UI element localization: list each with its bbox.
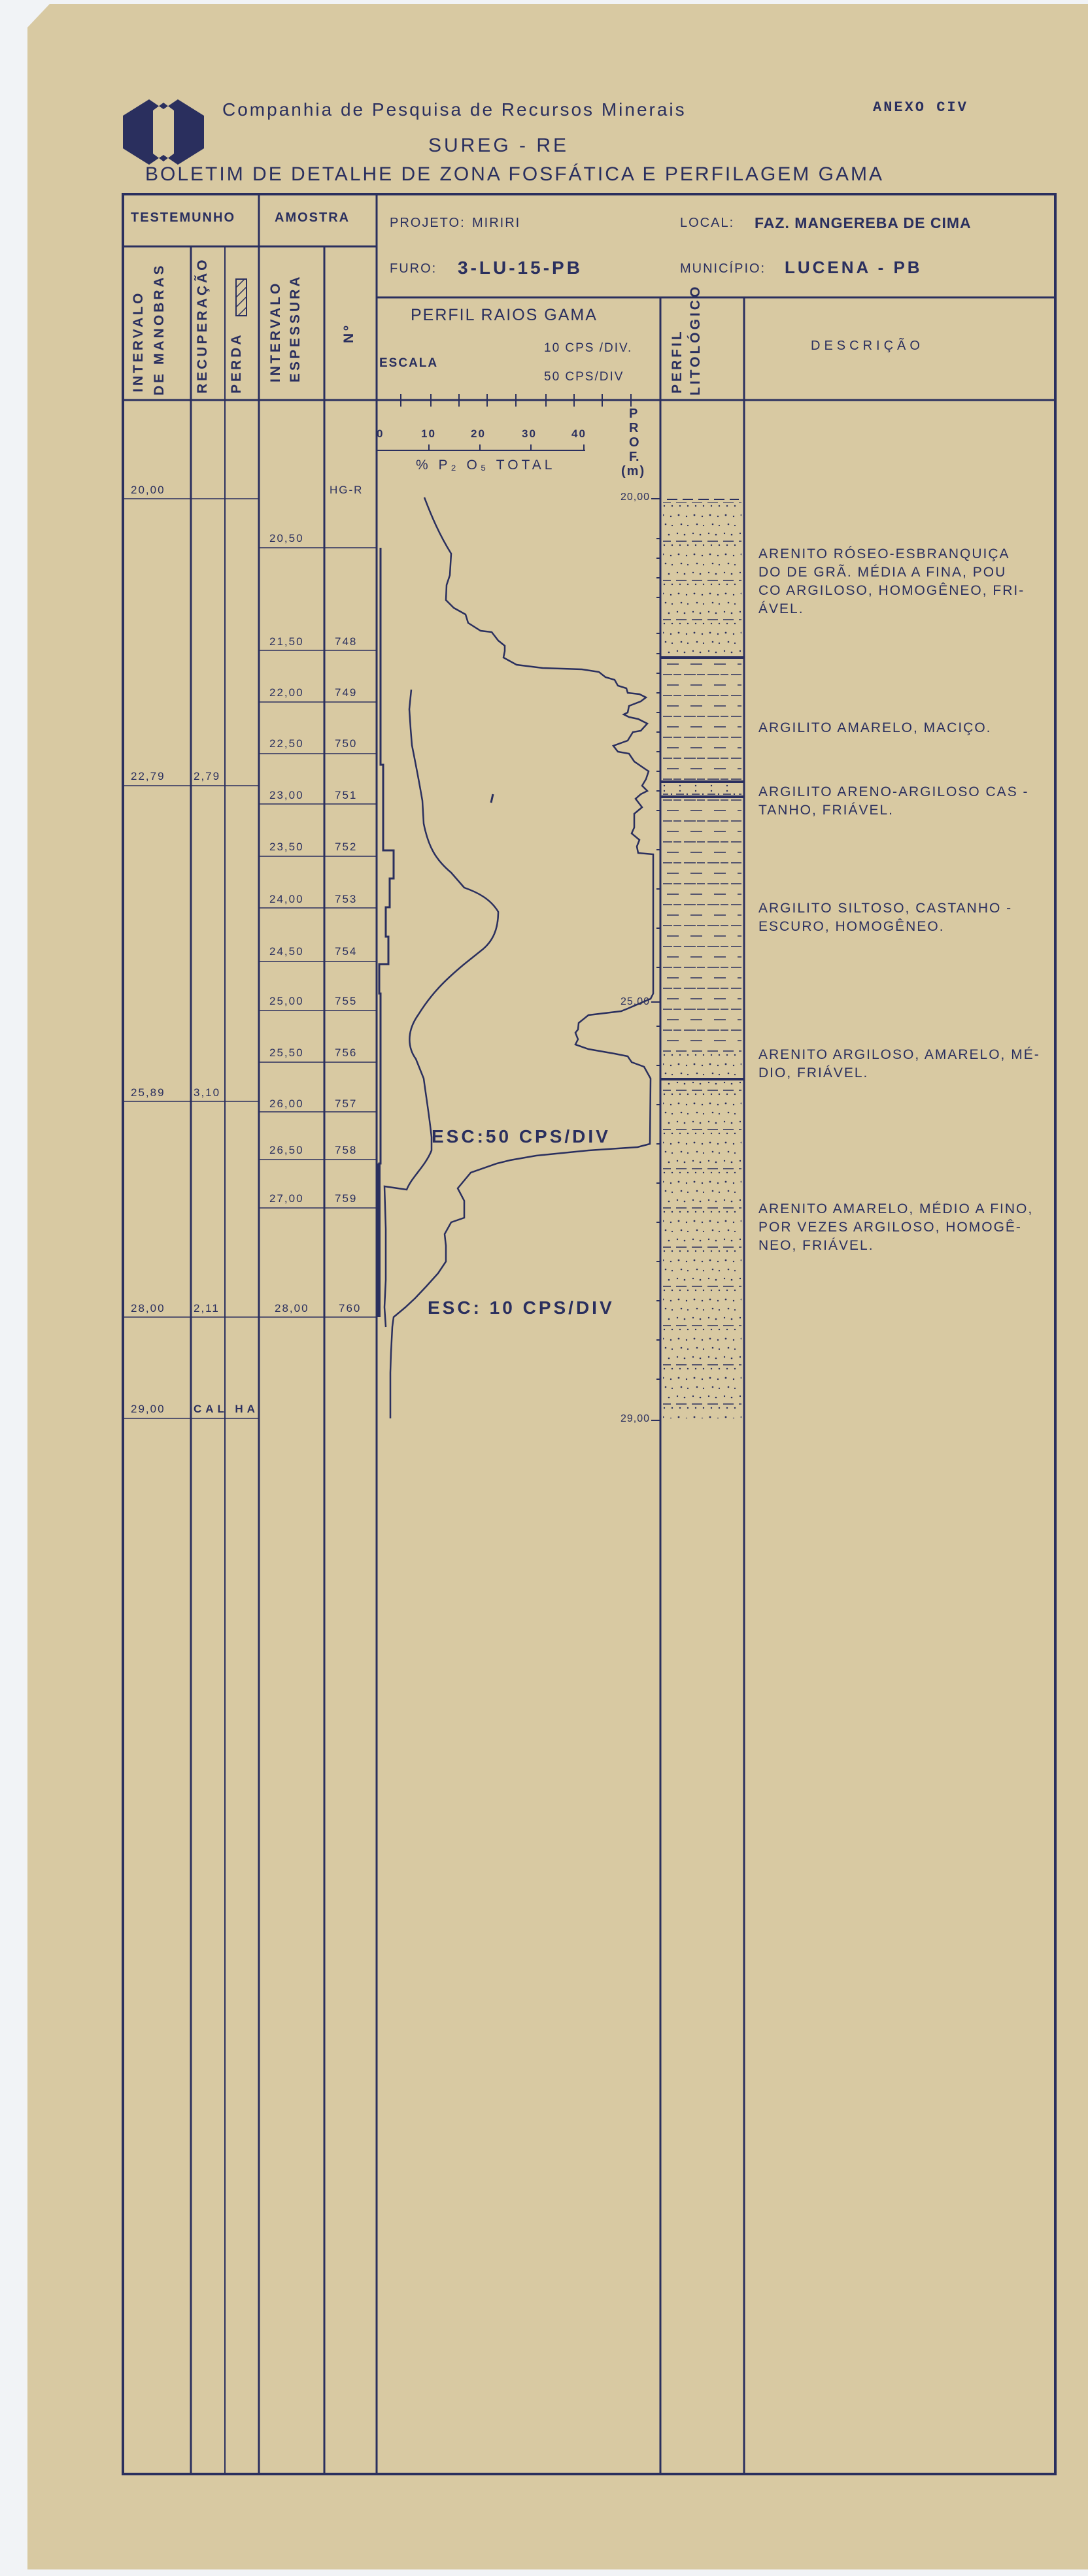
depth-mark-top: 20,00 (602, 492, 650, 503)
prof-unit: (m) (621, 464, 645, 479)
furo-value: 3-LU-15-PB (458, 258, 583, 278)
col-intervalo-manobras-2: DE MANOBRAS (152, 263, 167, 395)
col-intervalo-espessura-2: ESPESSURA (288, 274, 303, 382)
sample-interval: 24,00 (269, 893, 304, 906)
local-value: FAZ. MANGEREBA DE CIMA (755, 214, 972, 232)
col-intervalo-espessura-1: INTERVALO (268, 281, 284, 382)
sample-interval: 25,00 (269, 995, 304, 1008)
col-recuperacao: RECUPERAÇÃO (195, 257, 211, 393)
municipio-label: MUNICÍPIO: (680, 261, 766, 276)
sample-interval: 24,50 (269, 945, 304, 958)
sample-number: 758 (335, 1144, 357, 1157)
manobra-recovery: CAL HA (194, 1403, 259, 1416)
projeto-value: MIRIRI (472, 216, 520, 231)
sample-interval: 23,50 (269, 841, 304, 854)
sample-number: 749 (335, 686, 357, 699)
sample-number: 752 (335, 841, 357, 854)
lith-pattern-claystone-1 (663, 660, 741, 780)
p2o5-tick-0: 0 (377, 427, 384, 441)
gamma-curve-10cps (384, 690, 498, 1327)
testemunho-header: TESTEMUNHO (131, 210, 235, 226)
lith-pattern-claystone-2 (663, 799, 741, 1047)
sample-interval: 23,00 (269, 789, 304, 802)
prof-label: PROF. (629, 407, 638, 464)
lithology-description: ARENITO ARGILOSO, AMARELO, MÉ- DIO, FRIÁ… (758, 1046, 1046, 1082)
manobra-recovery: 2,79 (194, 770, 220, 783)
scale-50cps: 50 CPS/DIV (544, 370, 624, 384)
sample-number: 754 (335, 945, 357, 958)
escala-label: ESCALA (379, 356, 438, 371)
lithology-description: ARENITO RÓSEO-ESBRANQUIÇA DO DE GRÃ. MÉD… (758, 545, 1046, 618)
manobra-depth: 28,00 (131, 1302, 165, 1315)
depth-mark-mid: 25,00 (602, 996, 650, 1008)
p2o5-tick-30: 30 (522, 427, 537, 441)
gamma-curve-50cps (390, 497, 653, 1418)
manobra-depth: 29,00 (131, 1403, 165, 1416)
lithology-description: ARGILITO AMARELO, MACIÇO. (758, 719, 1046, 737)
lithology-description: ARENITO AMARELO, MÉDIO A FINO, POR VEZES… (758, 1200, 1046, 1255)
lithology-description: ARGILITO ARENO-ARGILOSO CAS - TANHO, FRI… (758, 783, 1046, 820)
descricao-header: DESCRIÇÃO (811, 339, 924, 354)
sample-number: 757 (335, 1097, 357, 1111)
sample-interval: 22,50 (269, 737, 304, 750)
lith-pattern-sandy-claystone (663, 784, 741, 795)
col-perda: PERDA (229, 332, 245, 393)
sample-interval: 22,00 (269, 686, 304, 699)
manobra-depth: 20,00 (131, 484, 165, 497)
sample-number: 755 (335, 995, 357, 1008)
gamma-title: PERFIL RAIOS GAMA (411, 306, 598, 325)
lithology-description: ARGILITO SILTOSO, CASTANHO - ESCURO, HOM… (758, 899, 1046, 936)
sample-interval: 27,00 (269, 1192, 304, 1205)
col-litologico: LITOLÓGICO (688, 284, 704, 395)
gamma-scale-10-annotation: ESC: 10 CPS/DIV (428, 1297, 615, 1318)
col-perfil: PERFIL (670, 329, 685, 393)
p2o5-axis-label: % P₂ O₅ TOTAL (416, 458, 556, 473)
lith-pattern-sandstone-2 (663, 1048, 741, 1078)
sample-number: 759 (335, 1192, 357, 1205)
sample-number: 753 (335, 893, 357, 906)
scale-10cps: 10 CPS /DIV. (544, 341, 632, 356)
amostra-header: AMOSTRA (275, 210, 350, 226)
local-label: LOCAL: (680, 216, 734, 231)
manobra-recovery: 2,11 (194, 1302, 220, 1315)
sample-number: 748 (335, 635, 357, 648)
sample-number: 756 (335, 1046, 357, 1060)
depth-mark-bottom: 29,00 (602, 1413, 650, 1425)
sample-interval: 26,00 (269, 1097, 304, 1111)
sample-number: 760 (339, 1302, 361, 1315)
col-intervalo-manobras-1: INTERVALO (131, 291, 146, 392)
sample-interval: 25,50 (269, 1046, 304, 1060)
sample-number: 751 (335, 789, 357, 802)
sample-number: HG-R (330, 484, 363, 497)
p2o5-tick-10: 10 (421, 427, 436, 441)
sample-interval: 28,00 (275, 1302, 309, 1315)
furo-label: FURO: (390, 261, 437, 276)
projeto-label: PROJETO: (390, 216, 466, 231)
municipio-value: LUCENA - PB (785, 258, 923, 278)
lith-pattern-sandstone-1 (663, 502, 741, 656)
p2o5-tick-20: 20 (471, 427, 486, 441)
lith-pattern-sandstone-3 (663, 1082, 741, 1418)
manobra-depth: 25,89 (131, 1086, 165, 1099)
sample-interval: 21,50 (269, 635, 304, 648)
col-numero: Nº (341, 323, 357, 343)
p2o5-tick-40: 40 (571, 427, 586, 441)
sample-interval: 26,50 (269, 1144, 304, 1157)
gamma-scale-50-annotation: ESC:50 CPS/DIV (432, 1126, 611, 1147)
sample-number: 750 (335, 737, 357, 750)
manobra-depth: 22,79 (131, 770, 165, 783)
manobra-recovery: 3,10 (194, 1086, 220, 1099)
sample-interval: 20,50 (269, 532, 304, 545)
